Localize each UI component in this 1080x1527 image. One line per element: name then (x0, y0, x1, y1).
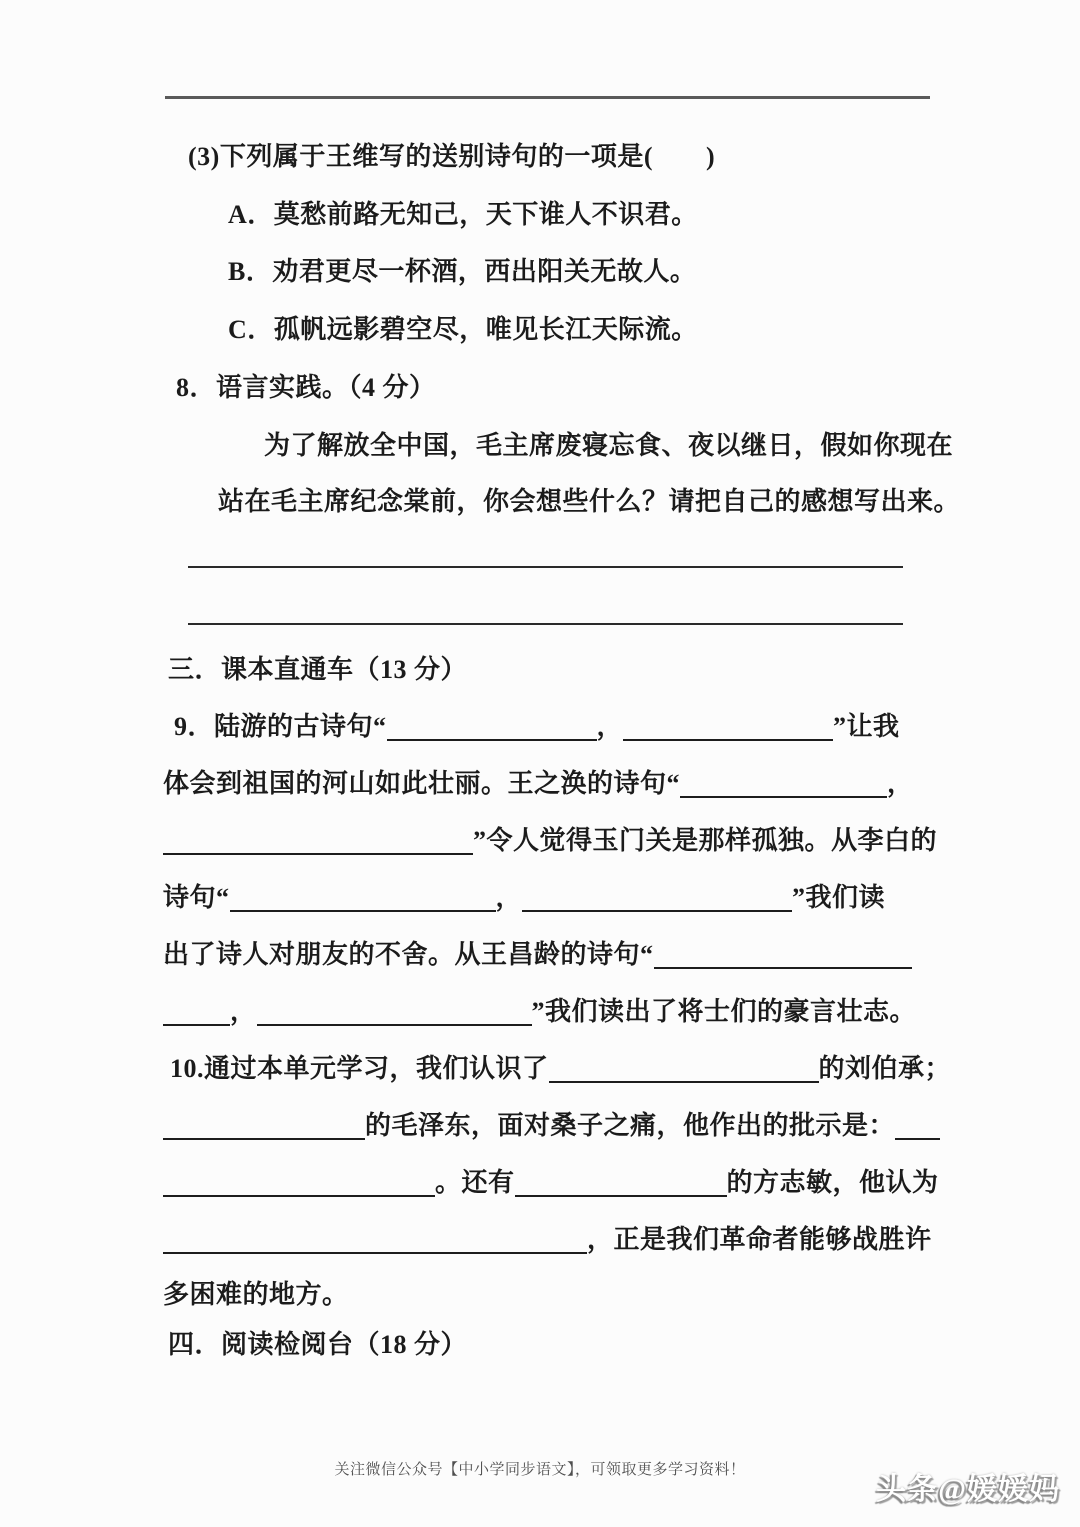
text-segment: 体会到祖国的河山如此壮丽。王之涣的诗句“ (163, 769, 680, 798)
answer-blank (680, 770, 887, 798)
answer-blank (163, 1112, 365, 1140)
answer-blank (230, 884, 496, 912)
answer-blank (522, 884, 792, 912)
q7-sub3-option-b: B．劝君更尽一杯酒，西出阳关无故人。 (228, 252, 696, 292)
q9-line-6: ，”我们读出了将士们的豪言壮志。 (163, 992, 916, 1032)
answer-blank (163, 1169, 435, 1197)
q8-answer-line-1 (188, 566, 903, 568)
text-segment: 的毛泽东，面对桑子之痛，他作出的批示是： (365, 1111, 895, 1140)
q8-body-line-2: 站在毛主席纪念棠前，你会想些什么？请把自己的感想写出来。 (218, 482, 960, 522)
q8-answer-line-2 (188, 623, 903, 625)
text-segment: ， (230, 997, 257, 1026)
q8-title: 8．语言实践。（4 分） (176, 368, 436, 408)
answer-blank (515, 1169, 727, 1197)
q9-line-5: 出了诗人对朋友的不舍。从王昌龄的诗句“ (163, 935, 912, 975)
answer-blank (257, 998, 532, 1026)
text-segment: ”我们读出了将士们的豪言壮志。 (532, 997, 917, 1026)
answer-blank (163, 998, 230, 1026)
text-segment: ”让我 (833, 712, 900, 741)
section3-title: 三．课本直通车（13 分） (168, 650, 467, 690)
q9-line-3: ”令人觉得玉门关是那样孤独。从李白的 (163, 821, 937, 861)
q8-body-line-1: 为了解放全中国，毛主席废寝忘食、夜以继日，假如你现在 (264, 426, 953, 466)
text-segment: 的刘伯承； (819, 1054, 952, 1083)
answer-blank (549, 1055, 819, 1083)
watermark-text: 头条@媛媛妈 (876, 1464, 1060, 1508)
text-segment: ， (887, 769, 914, 798)
text-segment: ”我们读 (792, 883, 885, 912)
text-segment: 多困难的地方。 (163, 1280, 349, 1309)
text-segment: ”令人觉得玉门关是那样孤独。从李白的 (473, 826, 937, 855)
answer-blank (623, 713, 833, 741)
q10-line-1: 10.通过本单元学习，我们认识了的刘伯承； (170, 1049, 951, 1089)
text-segment: 10.通过本单元学习，我们认识了 (170, 1054, 549, 1083)
worksheet-page: (3)下列属于王维写的送别诗句的一项是( ) A．莫愁前路无知己，天下谁人不识君… (0, 0, 1080, 1527)
header-divider (165, 96, 930, 99)
text-segment: ，正是我们革命者能够战胜许 (587, 1225, 932, 1254)
answer-blank (163, 827, 473, 855)
text-segment: 。还有 (435, 1168, 515, 1197)
q10-line-2: 的毛泽东，面对桑子之痛，他作出的批示是： (163, 1106, 940, 1146)
answer-blank (163, 1226, 587, 1254)
q9-line-2: 体会到祖国的河山如此壮丽。王之涣的诗句“， (163, 764, 914, 804)
q10-line-3: 。还有的方志敏，他认为 (163, 1163, 939, 1203)
text-segment: ， (496, 883, 523, 912)
answer-blank (654, 941, 912, 969)
q7-sub3-option-c: C．孤帆远影碧空尽，唯见长江天际流。 (228, 310, 698, 350)
text-segment: 诗句“ (163, 883, 230, 912)
answer-blank (387, 713, 597, 741)
q7-sub3-option-a: A．莫愁前路无知己，天下谁人不识君。 (228, 195, 698, 235)
q7-sub3-prompt: (3)下列属于王维写的送别诗句的一项是( ) (188, 137, 715, 177)
q10-line-4: ，正是我们革命者能够战胜许 (163, 1220, 932, 1260)
text-segment: 出了诗人对朋友的不舍。从王昌龄的诗句“ (163, 940, 654, 969)
text-segment: 9．陆游的古诗句“ (174, 712, 387, 741)
text-segment: ， (597, 712, 624, 741)
text-segment: 的方志敏，他认为 (727, 1168, 939, 1197)
q10-line-5: 多困难的地方。 (163, 1275, 349, 1315)
q9-line-4: 诗句“，”我们读 (163, 878, 885, 918)
answer-blank (895, 1112, 940, 1140)
q9-line-1: 9．陆游的古诗句“，”让我 (174, 707, 900, 747)
section4-title: 四．阅读检阅台（18 分） (168, 1325, 467, 1365)
